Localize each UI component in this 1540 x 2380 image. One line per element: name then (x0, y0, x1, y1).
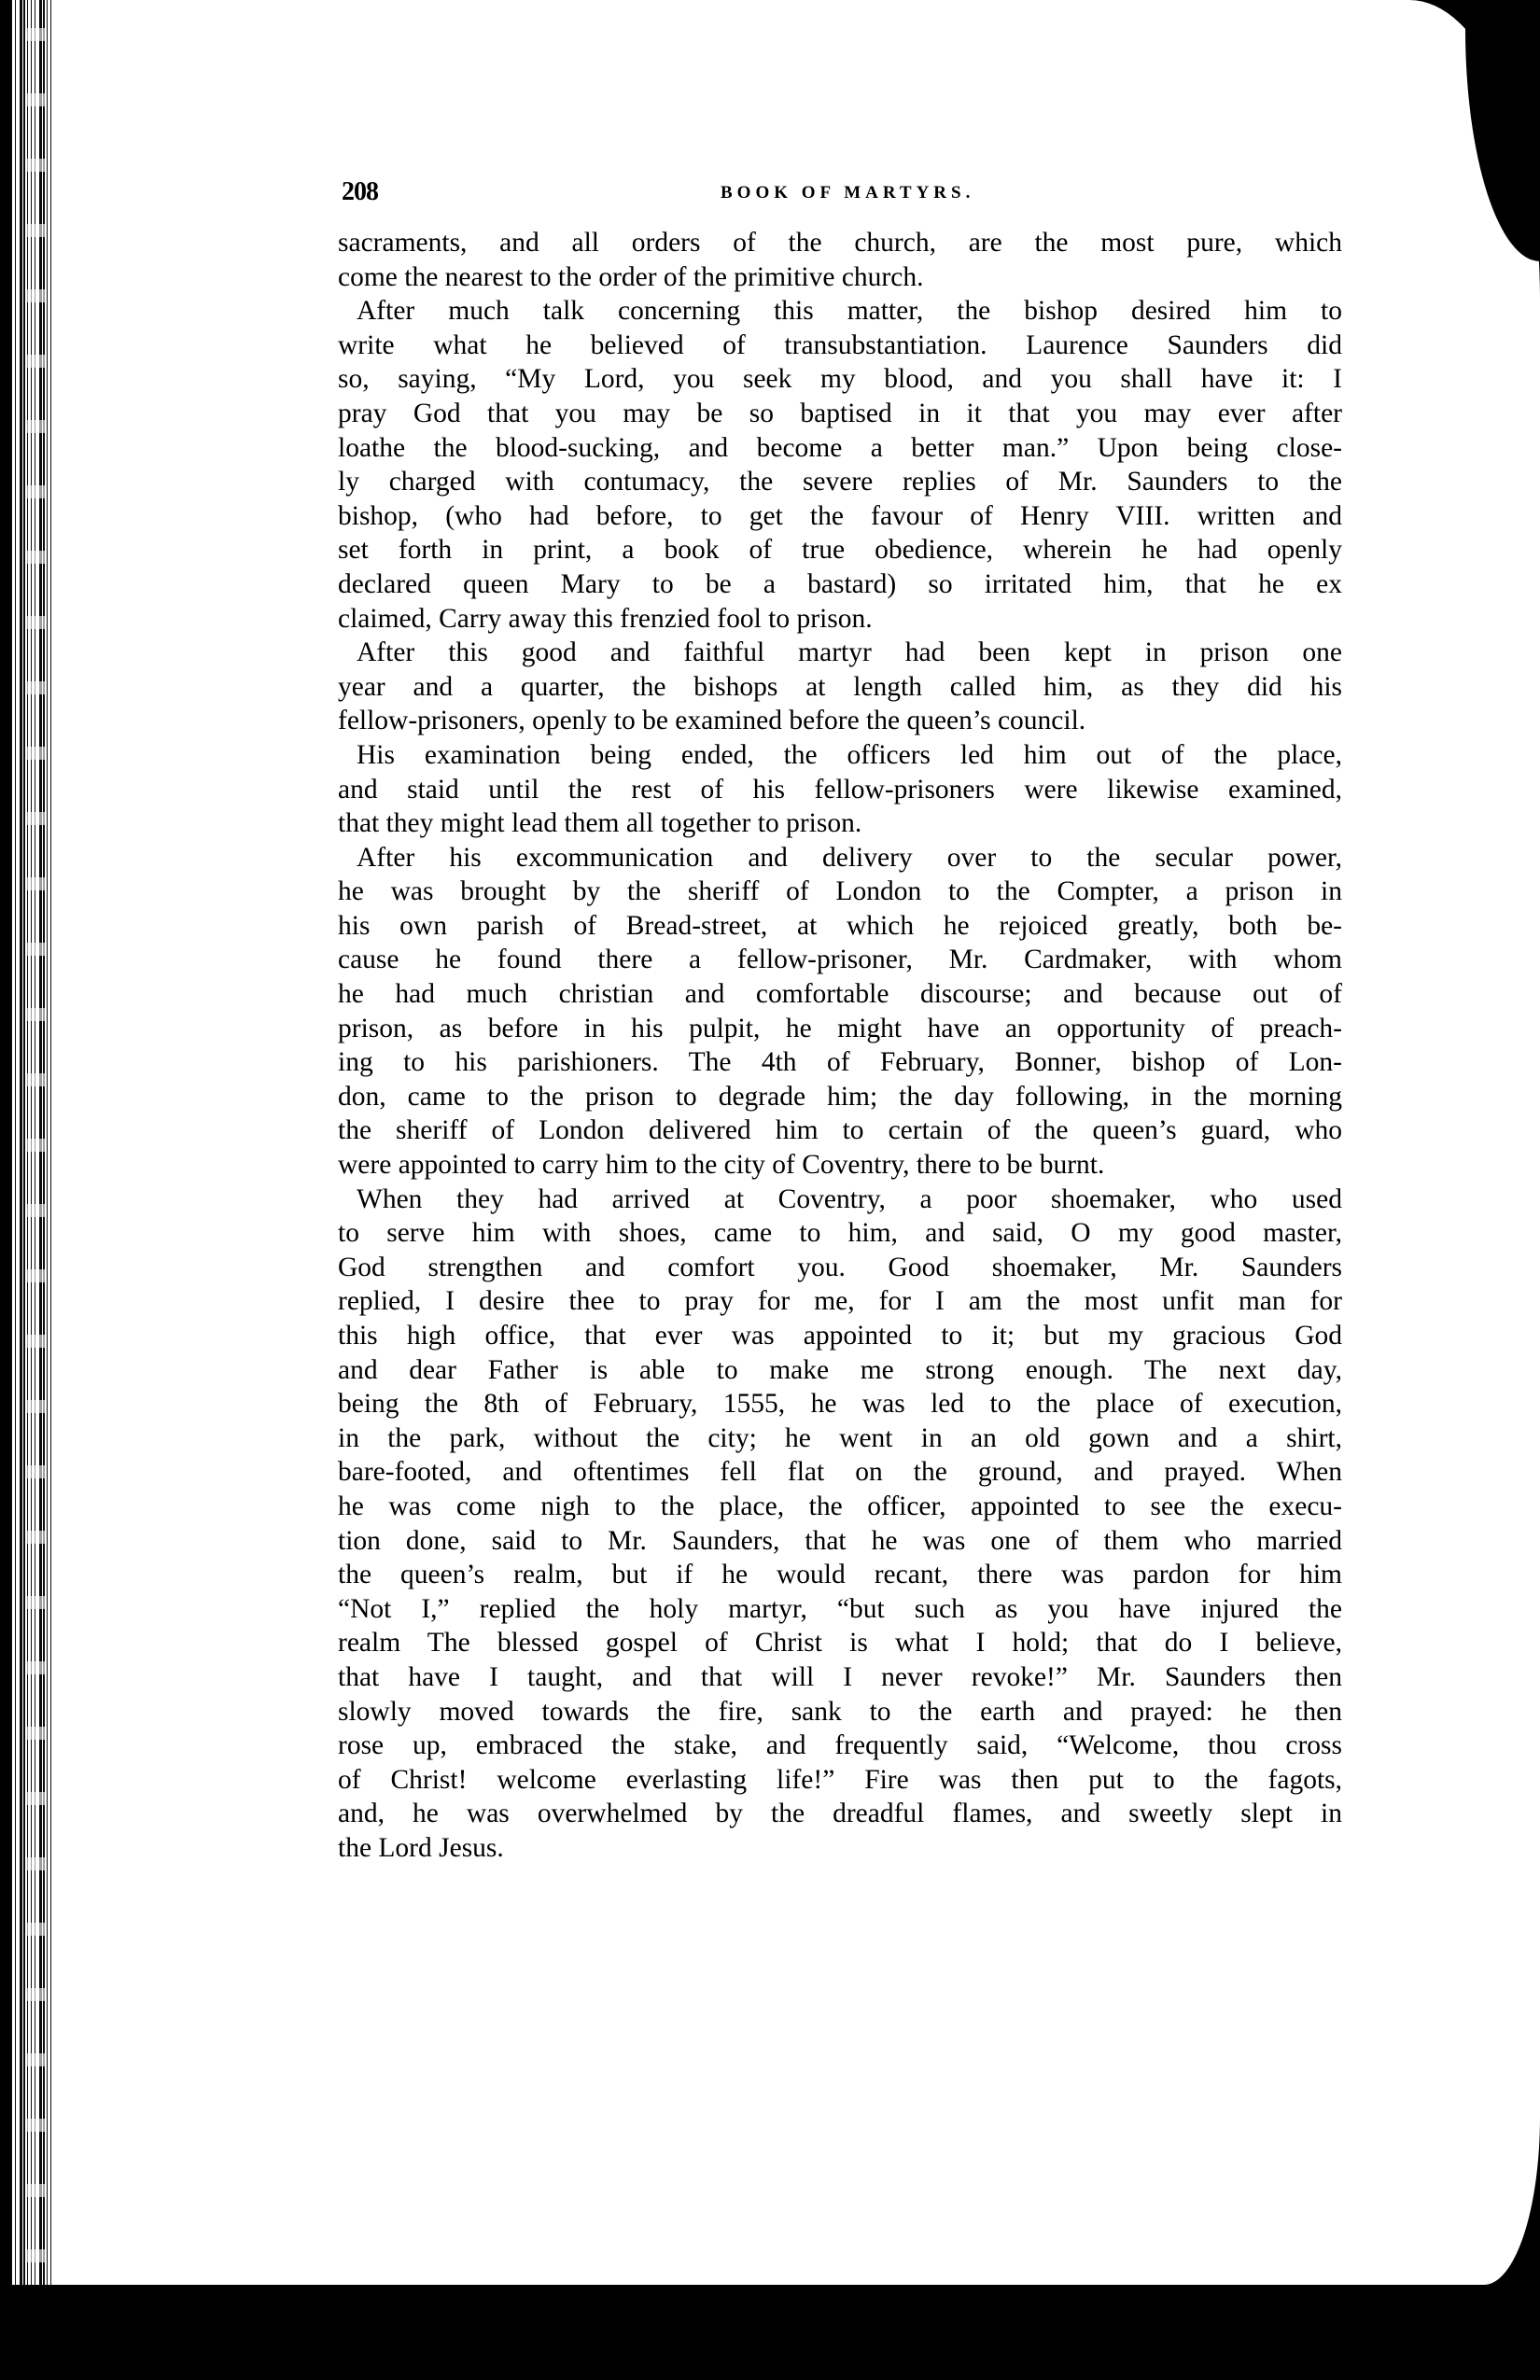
text-line: that they might lead them all together t… (338, 806, 1342, 841)
text-line: pray God that you may be so baptised in … (338, 397, 1342, 431)
text-line: After much talk concerning this matter, … (338, 294, 1342, 329)
text-line: tion done, said to Mr. Saunders, that he… (338, 1524, 1342, 1559)
text-line: slowly moved towards the fire, sank to t… (338, 1695, 1342, 1729)
text-line: he had much christian and comfortable di… (338, 977, 1342, 1012)
text-line: write what he believed of transubstantia… (338, 329, 1342, 363)
text-line: After his excommunication and delivery o… (338, 841, 1342, 875)
text-line: of Christ! welcome everlasting life!” Fi… (338, 1763, 1342, 1798)
text-line: claimed, Carry away this frenzied fool t… (338, 602, 1342, 637)
paragraph: After his excommunication and delivery o… (338, 841, 1342, 1183)
text-line: that have I taught, and that will I neve… (338, 1660, 1342, 1695)
page-number: 208 (342, 177, 378, 207)
text-line: the queen’s realm, but if he would recan… (338, 1558, 1342, 1592)
binding-scan-noise (26, 0, 45, 2285)
text-line: he was come nigh to the place, the offic… (338, 1490, 1342, 1524)
text-line: fellow-prisoners, openly to be examined … (338, 704, 1342, 738)
running-head: 208 BOOK OF MARTYRS. (338, 177, 1342, 207)
text-line: cause he found there a fellow-prisoner, … (338, 943, 1342, 977)
text-line: he was brought by the sheriff of London … (338, 875, 1342, 909)
text-line: come the nearest to the order of the pri… (338, 260, 1342, 295)
text-line: prison, as before in his pulpit, he migh… (338, 1012, 1342, 1046)
paragraph: sacraments, and all orders of the church… (338, 226, 1342, 294)
text-line: the Lord Jesus. (338, 1831, 1342, 1866)
text-line: His examination being ended, the officer… (338, 738, 1342, 773)
text-line: the sheriff of London delivered him to c… (338, 1113, 1342, 1148)
text-line: God strengthen and comfort you. Good sho… (338, 1251, 1342, 1285)
text-line: After this good and faithful martyr had … (338, 636, 1342, 670)
text-line: loathe the blood-sucking, and become a b… (338, 431, 1342, 466)
scanned-page: 208 BOOK OF MARTYRS. sacraments, and all… (0, 0, 1540, 2285)
text-line: and staid until the rest of his fellow-p… (338, 773, 1342, 807)
text-line: replied, I desire thee to pray for me, f… (338, 1284, 1342, 1319)
text-line: ing to his parishioners. The 4th of Febr… (338, 1045, 1342, 1080)
text-line: his own parish of Bread-street, at which… (338, 909, 1342, 944)
text-line: were appointed to carry him to the city … (338, 1148, 1342, 1183)
text-line: sacraments, and all orders of the church… (338, 226, 1342, 260)
text-line: to serve him with shoes, came to him, an… (338, 1216, 1342, 1251)
text-line: bare-footed, and oftentimes fell flat on… (338, 1455, 1342, 1490)
body-text: sacraments, and all orders of the church… (338, 226, 1342, 1866)
text-line: bishop, (who had before, to get the favo… (338, 499, 1342, 534)
text-line: When they had arrived at Coventry, a poo… (338, 1183, 1342, 1217)
paragraph: After much talk concerning this matter, … (338, 294, 1342, 636)
text-line: don, came to the prison to degrade him; … (338, 1080, 1342, 1114)
text-line: and dear Father is able to make me stron… (338, 1353, 1342, 1388)
text-line: year and a quarter, the bishops at lengt… (338, 670, 1342, 705)
text-line: set forth in print, a book of true obedi… (338, 533, 1342, 567)
text-line: rose up, embraced the stake, and frequen… (338, 1729, 1342, 1763)
text-line: being the 8th of February, 1555, he was … (338, 1387, 1342, 1421)
paragraph: His examination being ended, the officer… (338, 738, 1342, 841)
text-line: so, saying, “My Lord, you seek my blood,… (338, 362, 1342, 397)
text-line: this high office, that ever was appointe… (338, 1319, 1342, 1353)
text-line: in the park, without the city; he went i… (338, 1421, 1342, 1456)
binding-shadow (0, 0, 11, 2285)
text-line: ly charged with contumacy, the severe re… (338, 465, 1342, 499)
text-line: and, he was overwhelmed by the dreadful … (338, 1797, 1342, 1831)
text-line: realm The blessed gospel of Christ is wh… (338, 1626, 1342, 1660)
paragraph: After this good and faithful martyr had … (338, 636, 1342, 738)
text-line: declared queen Mary to be a bastard) so … (338, 567, 1342, 602)
paragraph: When they had arrived at Coventry, a poo… (338, 1183, 1342, 1866)
running-title: BOOK OF MARTYRS. (721, 181, 974, 205)
text-line: “Not I,” replied the holy martyr, “but s… (338, 1592, 1342, 1627)
